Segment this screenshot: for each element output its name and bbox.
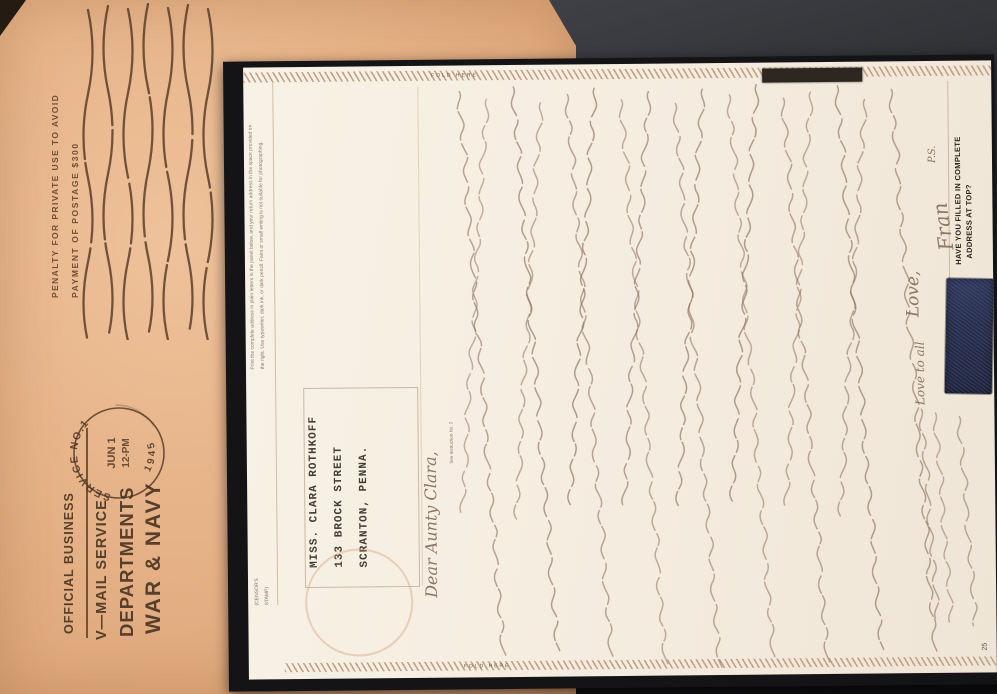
handwritten-letter-body xyxy=(243,60,997,679)
vmail-form: FOLD HERE FOLD HERE Print the complete a… xyxy=(243,60,997,679)
envelope-departments: DEPARTMENTS xyxy=(118,437,137,637)
envelope-war-navy: WAR & NAVY xyxy=(143,462,164,634)
letter-salutation: Dear Aunty Clara, xyxy=(422,366,440,598)
envelope-divider-rule xyxy=(86,428,88,638)
envelope-official-business: OFFICIAL BUSINESS xyxy=(63,476,76,634)
penalty-notice-line1: PENALTY FOR PRIVATE USE TO AVOID xyxy=(51,12,60,298)
page-number: 25 xyxy=(981,628,988,650)
penalty-notice-line2: PAYMENT OF POSTAGE $300 xyxy=(71,42,80,298)
letter-signoff: Love, xyxy=(905,239,923,317)
photo-corner-shadow xyxy=(0,0,26,36)
photo-of-vmail-letter: PENALTY FOR PRIVATE USE TO AVOID PAYMENT… xyxy=(0,0,997,694)
reminder-line2: ADDRESS AT TOP? xyxy=(965,127,974,259)
cancellation-wavy-lines xyxy=(76,0,226,340)
censor-patch xyxy=(945,278,994,394)
envelope-vmail-service: V—MAIL SERVICE xyxy=(95,422,110,640)
letter-closing: Love to all xyxy=(913,313,926,405)
letter-postscript: P.S. xyxy=(928,117,938,163)
